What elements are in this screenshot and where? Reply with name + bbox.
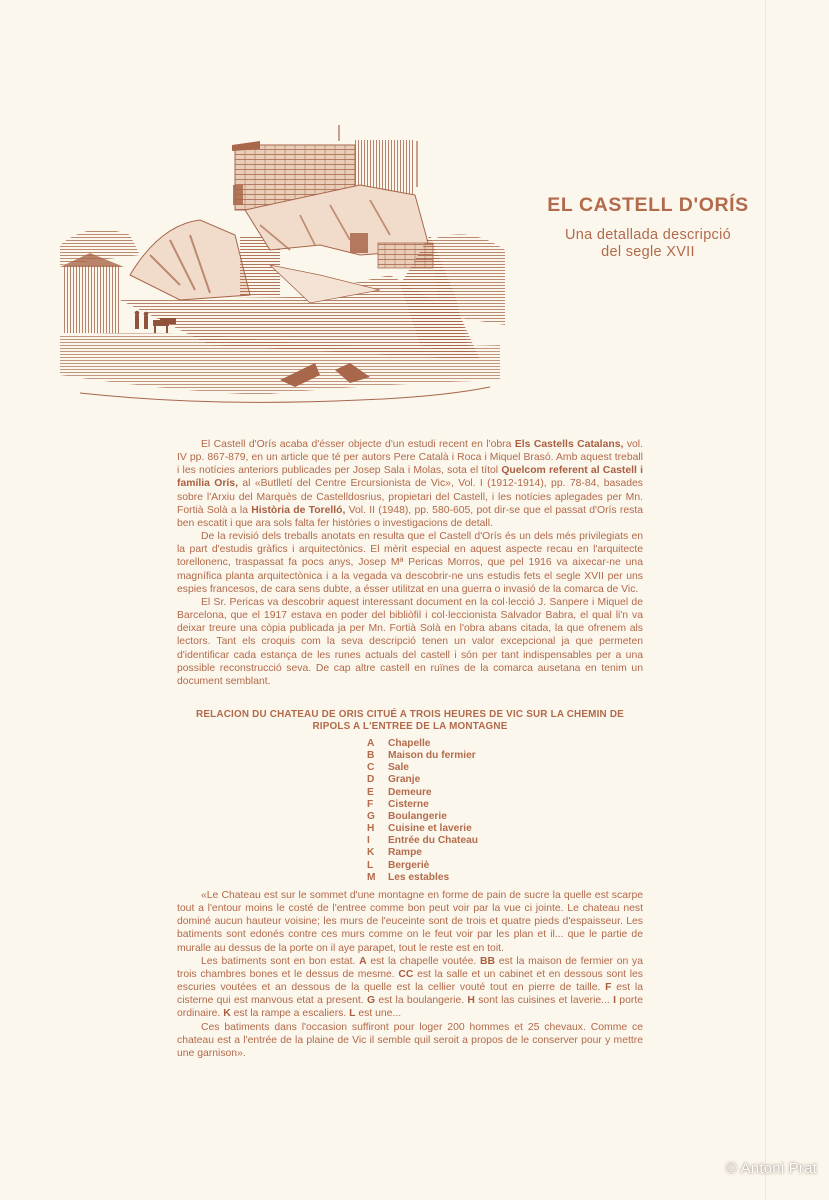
legend-key: C	[367, 762, 388, 774]
relacion-heading: RELACION DU CHATEAU DE ORIS CITUÉ A TROI…	[170, 709, 650, 733]
legend-key: I	[367, 835, 388, 847]
legend-label: Chapelle	[388, 738, 430, 750]
legend-label: Cuisine et laverie	[388, 823, 472, 835]
legend-label: Maison du fermier	[388, 750, 476, 762]
castle-engraving	[60, 125, 510, 410]
legend-item: DGranje	[367, 774, 478, 786]
legend-item: HCuisine et laverie	[367, 823, 478, 835]
page-title: EL CASTELL D'ORÍS	[508, 193, 788, 217]
legend-item: IEntrée du Chateau	[367, 835, 478, 847]
legend-item: GBoulangerie	[367, 811, 478, 823]
legend-key: B	[367, 750, 388, 762]
text-run: est une...	[355, 1008, 401, 1019]
legend-item: CSale	[367, 762, 478, 774]
legend-label: Demeure	[388, 787, 432, 799]
legend-label: Granje	[388, 774, 420, 786]
legend-item: KRampe	[367, 847, 478, 859]
title-block: EL CASTELL D'ORÍS Una detallada descripc…	[508, 193, 788, 261]
relacion-heading-line-1: RELACION DU CHATEAU DE ORIS CITUÉ A TROI…	[170, 709, 650, 721]
bold-text: H	[467, 995, 475, 1006]
paragraph: Les batiments sont en bon estat. A est l…	[177, 955, 643, 1021]
legend-item: MLes estables	[367, 872, 478, 884]
paragraph: El Sr. Pericas va descobrir aquest inter…	[177, 596, 643, 688]
legend-key: F	[367, 799, 388, 811]
page-fold-line	[765, 0, 766, 1200]
legend-item: BMaison du fermier	[367, 750, 478, 762]
legend-label: Les estables	[388, 872, 449, 884]
copyright-watermark: © Antoni Prat	[726, 1160, 817, 1177]
bold-text: BB	[480, 956, 495, 967]
text-run: «Le Chateau est sur le sommet d'une mont…	[177, 890, 643, 954]
legend-key: D	[367, 774, 388, 786]
text-run: El Castell d'Orís acaba d'ésser objecte …	[201, 439, 515, 450]
legend-label: Cisterne	[388, 799, 429, 811]
bold-text: Els Castells Catalans,	[515, 439, 624, 450]
legend-item: EDemeure	[367, 787, 478, 799]
french-quote: «Le Chateau est sur le sommet d'une mont…	[177, 889, 643, 1060]
legend-key: M	[367, 872, 388, 884]
bold-text: G	[367, 995, 375, 1006]
legend-label: Boulangerie	[388, 811, 447, 823]
page-subtitle: Una detallada descripció del segle XVII	[508, 227, 788, 261]
legend-label: Entrée du Chateau	[388, 835, 478, 847]
text-run: est la boulangerie.	[375, 995, 467, 1006]
subtitle-line-1: Una detallada descripció	[508, 227, 788, 244]
paragraph: Ces batiments dans l'occasion suffiront …	[177, 1021, 643, 1060]
legend-label: Rampe	[388, 847, 422, 859]
relacion-heading-line-2: RIPOLS A L'ENTREE DE LA MONTAGNE	[170, 721, 650, 733]
text-run: El Sr. Pericas va descobrir aquest inter…	[177, 597, 643, 687]
paragraph: «Le Chateau est sur le sommet d'une mont…	[177, 889, 643, 955]
bold-text: A	[359, 956, 367, 967]
bold-text: Història de Torelló,	[251, 505, 345, 516]
bold-text: K	[223, 1008, 231, 1019]
legend-label: Bergeriè	[388, 860, 429, 872]
legend-key: K	[367, 847, 388, 859]
legend-item: AChapelle	[367, 738, 478, 750]
legend-key: E	[367, 787, 388, 799]
legend-key: A	[367, 738, 388, 750]
legend-key: G	[367, 811, 388, 823]
subtitle-line-2: del segle XVII	[508, 244, 788, 261]
text-run: est la chapelle voutée.	[367, 956, 480, 967]
legend-label: Sale	[388, 762, 409, 774]
legend-item: LBergeriè	[367, 860, 478, 872]
paragraph: El Castell d'Orís acaba d'ésser objecte …	[177, 438, 643, 530]
room-legend: AChapelle BMaison du fermier CSale DGran…	[367, 738, 478, 884]
legend-key: H	[367, 823, 388, 835]
text-run: sont las cuisines et laverie...	[475, 995, 613, 1006]
article-body: El Castell d'Orís acaba d'ésser objecte …	[177, 438, 643, 688]
text-run: De la revisió dels treballs anotats en r…	[177, 531, 643, 595]
legend-key: L	[367, 860, 388, 872]
text-run: Les batiments sont en bon estat.	[201, 956, 359, 967]
paragraph: De la revisió dels treballs anotats en r…	[177, 530, 643, 596]
text-run: est la rampe a escaliers.	[231, 1008, 349, 1019]
legend-item: FCisterne	[367, 799, 478, 811]
bold-text: CC	[398, 969, 413, 980]
text-run: Ces batiments dans l'occasion suffiront …	[177, 1022, 643, 1059]
